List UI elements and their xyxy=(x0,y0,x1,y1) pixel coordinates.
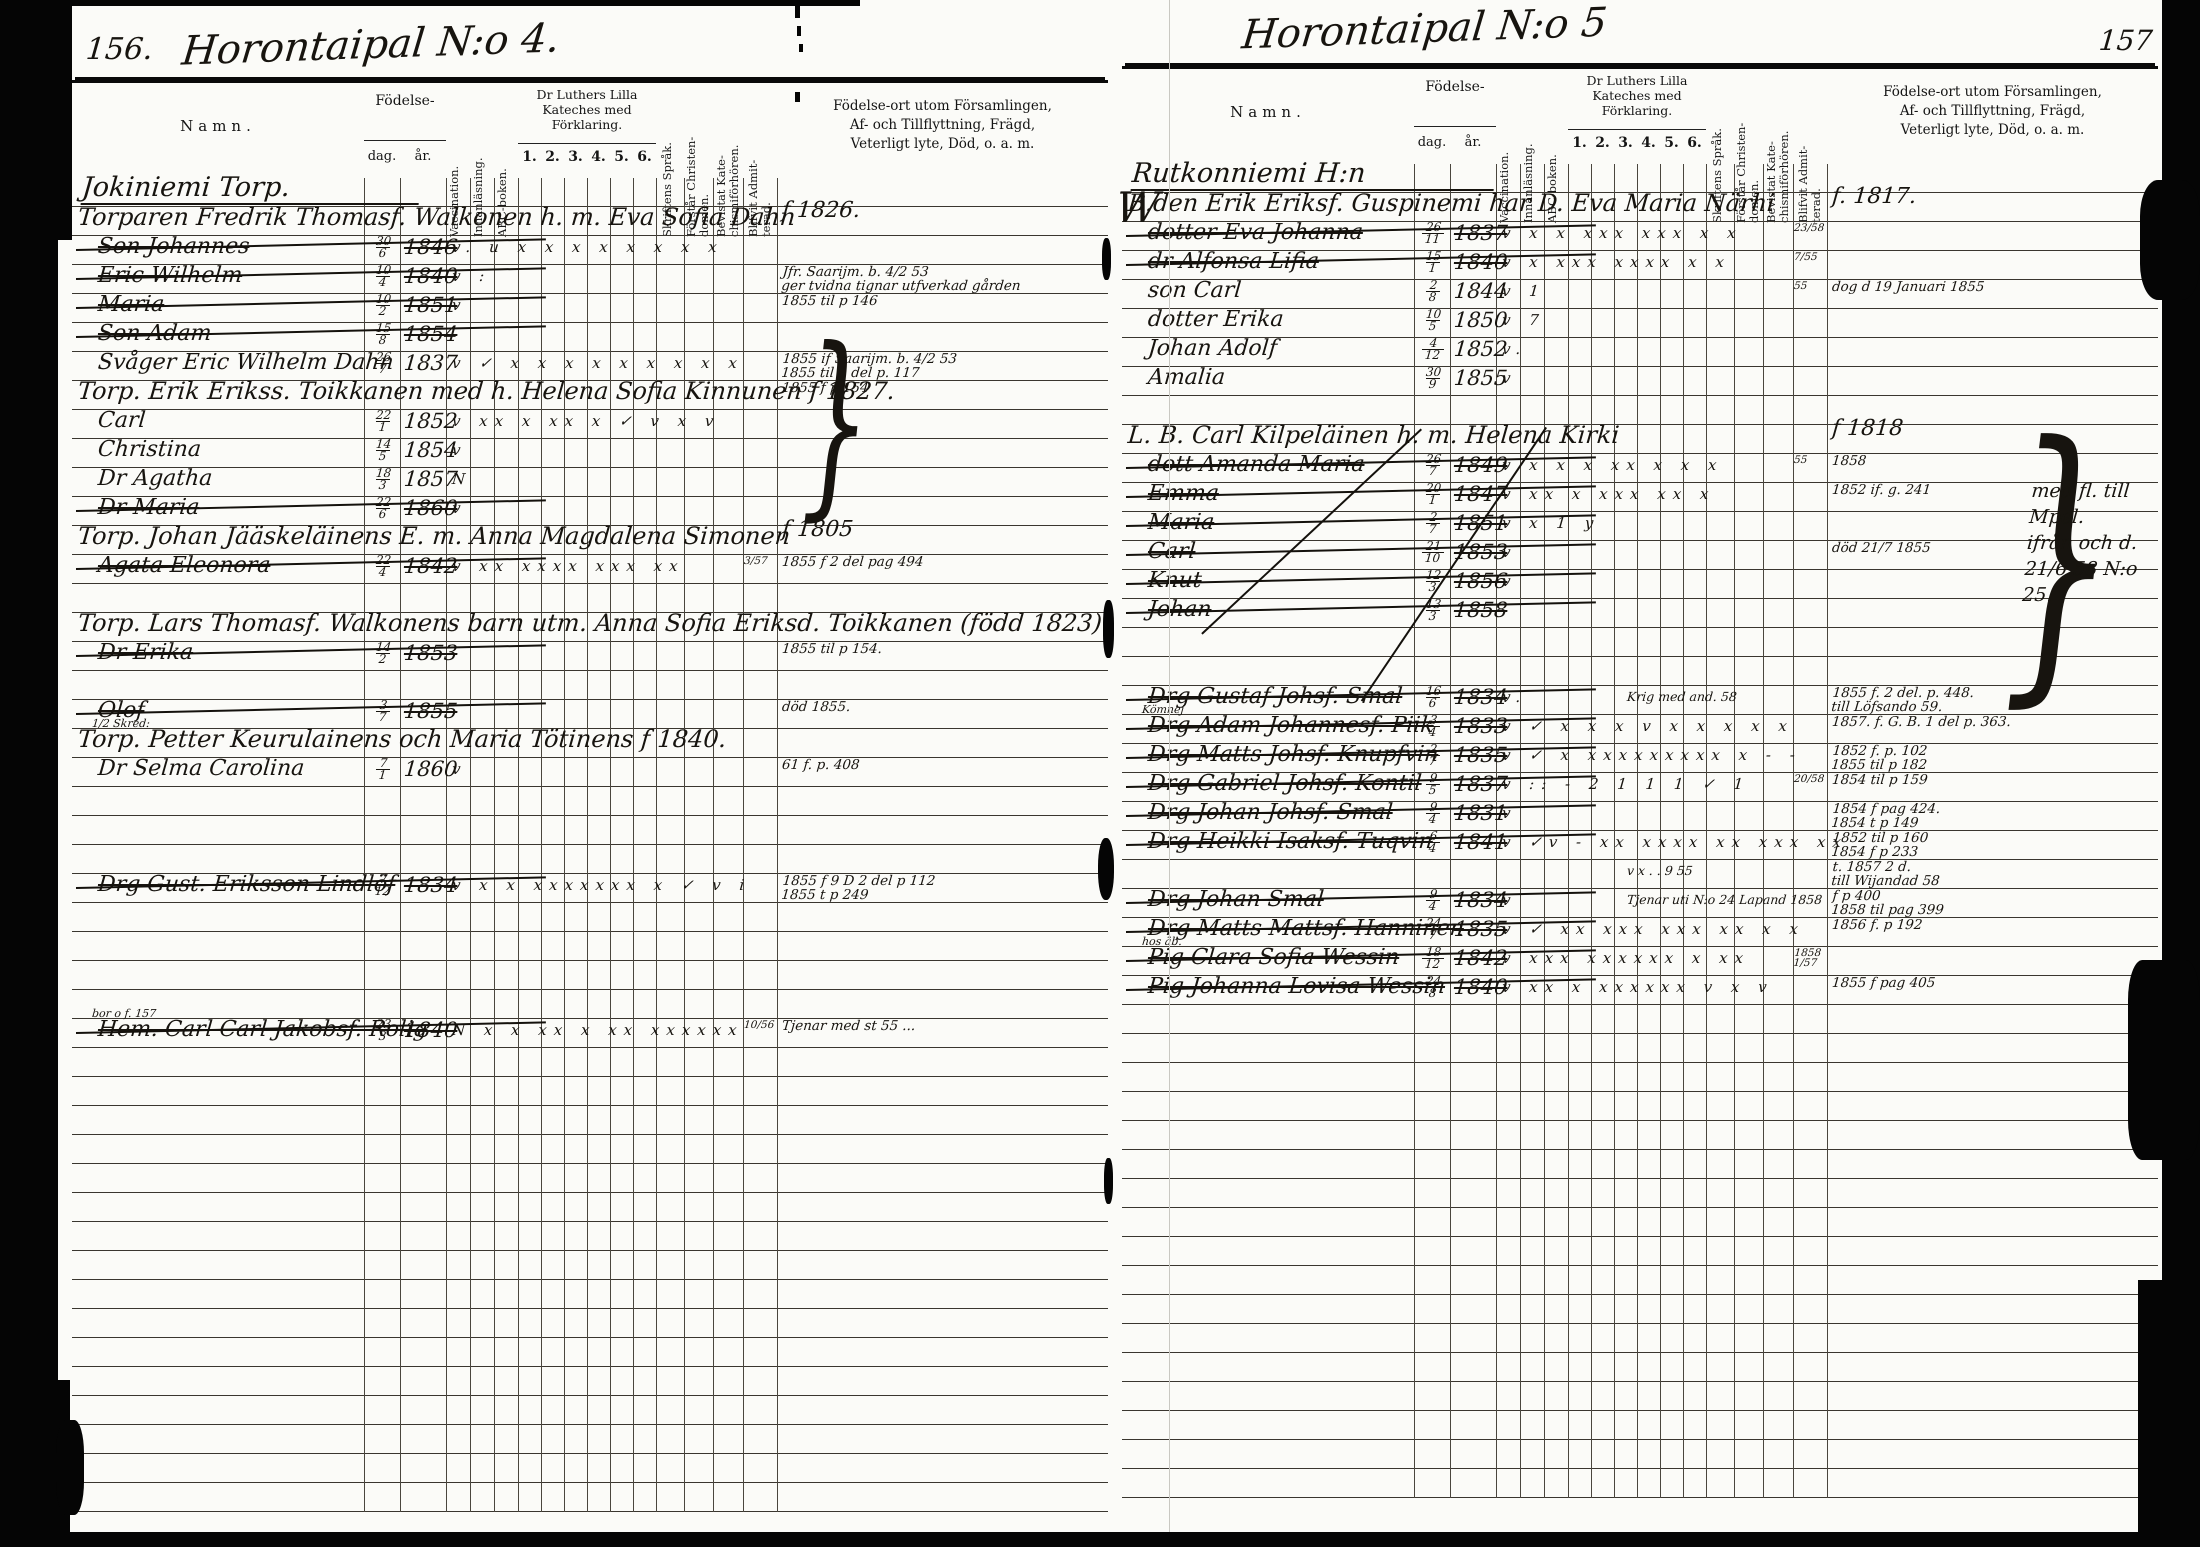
birth-year: 1842 xyxy=(1453,946,1509,970)
brace-mark: } xyxy=(801,306,871,539)
kateches-col-3: 3. xyxy=(1614,135,1637,151)
header-divider xyxy=(1568,129,1706,130)
birth-year: 1837 xyxy=(1453,221,1509,245)
birth-day: 27 xyxy=(1416,512,1450,535)
record-row xyxy=(1122,1005,2158,1034)
record-row: hos äb.Pig Clara Sofia Wessin18121842v x… xyxy=(1122,947,2158,976)
record-row xyxy=(72,961,1108,990)
record-row xyxy=(1122,1063,2158,1092)
birth-day: 105 xyxy=(1416,309,1450,332)
birth-day: 712 xyxy=(366,874,400,897)
birth-day: 71 xyxy=(366,758,400,781)
record-row: Dr Erika14218531855 til p 154. xyxy=(72,642,1108,671)
record-row xyxy=(72,1483,1108,1512)
birth-day: 151 xyxy=(1416,251,1450,274)
margin-note: f p 400 1858 til pag 399 xyxy=(1831,889,1946,917)
record-row xyxy=(72,1077,1108,1106)
admit-note: 7/55 xyxy=(1794,252,1818,262)
margin-note: 1855 f 2 del pag 494 xyxy=(781,555,924,569)
record-row xyxy=(72,1048,1108,1077)
record-row xyxy=(1122,1121,2158,1150)
page-title: Horontaipal N:o 5 xyxy=(1240,0,1610,58)
edge-vignette-right xyxy=(2140,180,2200,300)
birth-day: 201 xyxy=(1416,483,1450,506)
record-row xyxy=(72,990,1108,1019)
record-row xyxy=(72,816,1108,845)
progress-marks: v. xyxy=(1501,340,1528,358)
margin-note: 1852 if. g. 241 xyxy=(1831,483,1931,497)
row-name: Christina xyxy=(97,437,202,462)
record-row: v x . . 9 55t. 1857 2 d. till Wijandad 5… xyxy=(1122,860,2158,889)
edge-vignette-corner xyxy=(0,0,72,240)
row-name: Torp. Petter Keurulainens och Maria Töti… xyxy=(77,725,728,753)
birth-year: 1853 xyxy=(403,641,459,665)
birth-year: 1842 xyxy=(403,554,459,578)
right-page: Horontaipal N:o 5 157 Namn. Födelse- dag… xyxy=(1122,10,2158,1510)
margin-note: f. 1817. xyxy=(1831,190,1917,204)
brace-note: med fl. till Mpel. ifrån och d. 21/6 58 … xyxy=(2021,478,2163,608)
record-row: Drg Gabriel Johsf. Kontil951837v :: - 2 … xyxy=(1122,773,2158,802)
page-number: 156. xyxy=(84,32,154,67)
record-row: dotter Eva Johanna26111837v x x xxx xxx … xyxy=(1122,222,2158,251)
record-row xyxy=(72,932,1108,961)
birth-year: 1850 xyxy=(1453,308,1509,332)
admit-note: 1858 1/57 xyxy=(1793,948,1821,968)
gutter-smudge xyxy=(1103,600,1114,658)
binding-speck xyxy=(795,92,800,102)
record-row xyxy=(72,1222,1108,1251)
col-kateches-label: Dr Luthers Lilla Kateches med Förklaring… xyxy=(518,87,656,132)
birth-year: 1840 xyxy=(403,264,459,288)
kateches-col-1: 1. xyxy=(1568,135,1591,151)
gutter-smudge xyxy=(1104,1158,1113,1204)
birth-year: 1833 xyxy=(1453,714,1509,738)
record-row: dr Alfonsa Lifia1511840v x xxx xxxx x x7… xyxy=(1122,251,2158,280)
birth-day: 2110 xyxy=(1416,541,1450,564)
birth-day: 102 xyxy=(366,294,400,317)
row-name: Torp. Johan Jääskeläinens E. m. Anna Mag… xyxy=(77,522,792,550)
birth-year: 1860 xyxy=(403,496,459,520)
record-row xyxy=(72,903,1108,932)
row-name: Torparen Fredrik Thomasf. Walkonen h. m.… xyxy=(77,203,797,231)
record-row xyxy=(72,1425,1108,1454)
record-row xyxy=(72,1193,1108,1222)
record-row xyxy=(1122,1295,2158,1324)
admit-note: 55 xyxy=(1794,281,1808,291)
birth-year: 1860 xyxy=(403,757,459,781)
record-row: Carl2211852v xx x xx x ✓ v x v xyxy=(72,410,1108,439)
page-body: Jokiniemi Torp.Torparen Fredrik Thomasf.… xyxy=(72,178,1108,1512)
edge-vignette-top xyxy=(0,0,860,6)
header-divider xyxy=(1414,126,1496,127)
kateches-col-6: 6. xyxy=(1683,135,1706,151)
record-row xyxy=(1122,1353,2158,1382)
kateches-col-4: 4. xyxy=(587,149,610,165)
col-fodelse-label: Födelse- xyxy=(1414,79,1496,95)
record-row: bor o f. 157Hem. Carl Carl Jakobsf. Roli… xyxy=(72,1019,1108,1048)
record-row: Drg Johan Johsf. Smal941831v1854 f pag 4… xyxy=(1122,802,2158,831)
margin-note: 1852 f. p. 102 1855 til p 182 xyxy=(1831,744,1929,772)
birth-day: 94 xyxy=(1416,889,1450,912)
record-row: Torp. Erik Erikss. Toikkanen med h. Hele… xyxy=(72,381,1108,410)
col-ar-label: år. xyxy=(400,149,446,164)
record-row: Maria1021851v1855 til p 146 xyxy=(72,294,1108,323)
record-row: Son Johannes3061846v. u x x x x x x x x xyxy=(72,236,1108,265)
admit-note: 10/56 xyxy=(744,1020,775,1030)
birth-day: 37 xyxy=(366,700,400,723)
row-name: Carl xyxy=(97,408,147,433)
birth-year: 1849 xyxy=(1453,453,1509,477)
birth-day: 64 xyxy=(1416,831,1450,854)
birth-year: 1855 xyxy=(1453,366,1509,390)
birth-day: 233 xyxy=(366,1019,400,1042)
table-header: Namn. Födelse- dag. år. Vaccination. Inn… xyxy=(1122,66,2158,167)
row-name: Dr Selma Carolina xyxy=(97,756,306,781)
record-row: dotter Erika1051850v 7 xyxy=(1122,309,2158,338)
record-row: Torp. Lars Thomasf. Walkonens barn utm. … xyxy=(72,613,1108,642)
birth-year: 1852 xyxy=(403,409,459,433)
scan-root: 156. Horontaipal N:o 4. Namn. Födelse- d… xyxy=(0,0,2200,1547)
record-row xyxy=(72,671,1108,700)
progress-marks: v xyxy=(1501,369,1518,387)
record-row: Pig Johanna Lovisa Wessin2481840v xx x x… xyxy=(1122,976,2158,1005)
row-name: L. B. Carl Kilpeläinen h. m. Helena Kirk… xyxy=(1127,421,1621,449)
col-fodelse-label: Födelse- xyxy=(364,93,446,109)
right-title-row: Horontaipal N:o 5 157 xyxy=(1122,10,2158,66)
birth-year: 1851 xyxy=(403,293,459,317)
record-row: WB.den Erik Eriksf. Guspinemi har D. Eva… xyxy=(1122,193,2158,222)
kateches-col-5: 5. xyxy=(610,149,633,165)
birth-year: 1835 xyxy=(1453,917,1509,941)
kateches-col-4: 4. xyxy=(1637,135,1660,151)
birth-year: 1834 xyxy=(1453,685,1509,709)
record-row xyxy=(1122,1092,2158,1121)
birth-day: 95 xyxy=(1416,773,1450,796)
record-row xyxy=(1122,1034,2158,1063)
progress-marks: N xyxy=(451,470,473,488)
record-row: Drg Gust. Eriksson Lindlöf7121834v x x x… xyxy=(72,874,1108,903)
record-row: Son Adam1581854 xyxy=(72,323,1108,352)
record-row xyxy=(72,1164,1108,1193)
birth-year: 1857 xyxy=(403,467,459,491)
record-row xyxy=(1122,1208,2158,1237)
section-heading: Jokiniemi Torp. xyxy=(81,172,422,205)
birth-day: 412 xyxy=(1416,338,1450,361)
record-row xyxy=(1122,1324,2158,1353)
record-row xyxy=(72,1135,1108,1164)
birth-year: 1846 xyxy=(403,235,459,259)
birth-year: 1856 xyxy=(1453,569,1509,593)
record-row: Eric Wilhelm1041840v :Jfr. Saarijm. b. 4… xyxy=(72,265,1108,294)
col-dag-label: dag. xyxy=(1414,135,1450,150)
birth-year: 1840 xyxy=(403,1018,459,1042)
binding-speck xyxy=(799,44,803,52)
birth-day: 267 xyxy=(366,352,400,375)
birth-year: 1835 xyxy=(1453,743,1509,767)
record-row: Drg Heikki Isaksf. Tuqvin641841v ✓v - xx… xyxy=(1122,831,2158,860)
birth-day: 34 xyxy=(1416,715,1450,738)
record-row: Dr Agatha1831857N xyxy=(72,468,1108,497)
kateches-col-5: 5. xyxy=(1660,135,1683,151)
edge-vignette-bottom xyxy=(0,1532,2200,1547)
inline-note: Tjenar uti N:o 24 Lapand 1858 xyxy=(1626,892,1823,907)
margin-note: Jfr. Saarijm. b. 4/2 53 ger tvidna tigna… xyxy=(781,265,1023,293)
margin-note: 61 f. p. 408 xyxy=(781,758,860,772)
margin-note: f 1818 xyxy=(1831,422,1903,436)
col-namn-label: Namn. xyxy=(1122,103,1414,121)
record-row xyxy=(1122,1469,2158,1498)
record-row xyxy=(1122,1440,2158,1469)
margin-note: 1855 til p 154. xyxy=(781,642,882,656)
margin-note: f 1826. xyxy=(781,204,860,218)
birth-year: 1852 xyxy=(1453,337,1509,361)
birth-year: 1834 xyxy=(403,873,459,897)
admit-note: 20/58 xyxy=(1794,774,1825,784)
margin-note: t. 1857 2 d. till Wijandad 58 xyxy=(1831,860,1942,888)
row-name: son Carl xyxy=(1147,278,1242,303)
birth-day: 27 xyxy=(1416,744,1450,767)
record-row: Dr Selma Carolina711860v61 f. p. 408 xyxy=(72,758,1108,787)
birth-year: 1855 xyxy=(403,699,459,723)
birth-day: 306 xyxy=(366,236,400,259)
margin-note: 1854 til p 159 xyxy=(1831,773,1928,787)
left-page: 156. Horontaipal N:o 4. Namn. Födelse- d… xyxy=(72,24,1108,1524)
birth-day: 104 xyxy=(366,265,400,288)
birth-day: 247 xyxy=(1416,918,1450,941)
admit-note: 3/57 xyxy=(744,556,768,566)
row-name: Carl xyxy=(1147,539,1197,564)
birth-day: 145 xyxy=(366,439,400,462)
page-number: 157 xyxy=(2097,24,2153,57)
edge-vignette-right xyxy=(2128,960,2200,1160)
margin-note: 1852 til p 160 1854 f p 233 xyxy=(1831,831,1929,859)
birth-day: 183 xyxy=(366,468,400,491)
col-ar-label: år. xyxy=(1450,135,1496,150)
birth-year: 1837 xyxy=(1453,772,1509,796)
book-sheet: 156. Horontaipal N:o 4. Namn. Födelse- d… xyxy=(58,0,2162,1547)
record-row xyxy=(72,1309,1108,1338)
record-row: Drg Johan Smal941834vTjenar uti N:o 24 L… xyxy=(1122,889,2158,918)
birth-year: 1840 xyxy=(1453,975,1509,999)
record-row xyxy=(72,787,1108,816)
progress-marks: v xyxy=(451,441,468,459)
strike-line xyxy=(1126,543,1596,556)
birth-day: 158 xyxy=(366,323,400,346)
record-row: Torp. Johan Jääskeläinens E. m. Anna Mag… xyxy=(72,526,1108,555)
kateches-col-2: 2. xyxy=(1591,135,1614,151)
record-row xyxy=(72,1338,1108,1367)
record-row xyxy=(72,1251,1108,1280)
progress-marks: v 7 xyxy=(1501,311,1546,329)
binding-speck xyxy=(797,26,801,36)
margin-note: 1855 f 9 D 2 del p 112 1855 t p 249 xyxy=(781,874,936,902)
gutter-smudge xyxy=(1098,838,1114,900)
margin-note: 1855 f pag 405 xyxy=(1831,976,1936,990)
binding-speck xyxy=(795,4,800,18)
margin-note: död 21/7 1855 xyxy=(1831,541,1931,555)
section-heading: Rutkonniemi H:n xyxy=(1131,158,1497,191)
birth-year: 1854 xyxy=(403,438,459,462)
strike-line xyxy=(76,702,546,715)
left-title-row: 156. Horontaipal N:o 4. xyxy=(72,24,1108,80)
record-row xyxy=(72,1367,1108,1396)
col-namn-label: Namn. xyxy=(72,117,364,135)
record-row xyxy=(72,1106,1108,1135)
birth-day: 267 xyxy=(1416,454,1450,477)
record-row: son Carl281844v 155dog d 19 Januari 1855 xyxy=(1122,280,2158,309)
birth-year: 1831 xyxy=(1453,801,1509,825)
row-name: Dr Agatha xyxy=(97,466,214,491)
margin-note: 1854 f pag 424. 1854 t p 149 xyxy=(1831,802,1941,830)
margin-note: död 1855. xyxy=(781,700,851,714)
row-name: Torp. Erik Erikss. Toikkanen med h. Hele… xyxy=(77,377,896,405)
header-divider xyxy=(518,143,656,144)
row-name: Torp. Lars Thomasf. Walkonens barn utm. … xyxy=(77,609,1103,637)
edge-vignette-corner xyxy=(56,1420,84,1515)
row-name: Amalia xyxy=(1147,365,1226,390)
margin-note: 1857. f. G. B. 1 del p. 363. xyxy=(1831,715,2011,729)
record-row: Agata Eleonora2241842v xx xxxx xxx xx3/5… xyxy=(72,555,1108,584)
birth-year: 1841 xyxy=(1453,830,1509,854)
row-name: dotter Erika xyxy=(1147,307,1285,332)
record-row xyxy=(1122,1179,2158,1208)
kateches-col-6: 6. xyxy=(633,149,656,165)
record-row xyxy=(1122,1382,2158,1411)
birth-day: 309 xyxy=(1416,367,1450,390)
row-name: B.den Erik Eriksf. Guspinemi har D. Eva … xyxy=(1127,189,1776,217)
progress-marks: v 1 xyxy=(1501,282,1546,300)
progress-marks: v ✓ x x x x x x x x x xyxy=(451,354,744,372)
record-row xyxy=(72,845,1108,874)
row-name: Johan Adolf xyxy=(1147,336,1278,361)
header-divider xyxy=(364,140,446,141)
inline-note: Krig med and. 58 xyxy=(1626,689,1737,704)
kateches-col-2: 2. xyxy=(541,149,564,165)
edge-vignette-right xyxy=(2138,1280,2200,1547)
col-kateches-label: Dr Luthers Lilla Kateches med Förklaring… xyxy=(1568,73,1706,118)
page-title: Horontaipal N:o 4. xyxy=(180,15,562,74)
col-notes-label: Födelse-ort utom Församlingen, Af- och T… xyxy=(1827,83,2158,140)
record-row: Drg Matts Mattsf. Hanninen2471835v ✓ xx … xyxy=(1122,918,2158,947)
record-row xyxy=(1122,1150,2158,1179)
record-row xyxy=(72,1396,1108,1425)
birth-day: 2611 xyxy=(1416,222,1450,245)
record-row xyxy=(1122,1266,2158,1295)
margin-note: dog d 19 Januari 1855 xyxy=(1831,280,1985,294)
record-row xyxy=(72,1280,1108,1309)
birth-day: 142 xyxy=(366,642,400,665)
margin-note: 1855 f. 2 del. p. 448. till Löfsando 59. xyxy=(1831,686,1975,714)
record-row: Torparen Fredrik Thomasf. Walkonen h. m.… xyxy=(72,207,1108,236)
birth-day: 226 xyxy=(366,497,400,520)
gutter-crease xyxy=(1169,0,1170,1547)
birth-day: 28 xyxy=(1416,280,1450,303)
birth-year: 1837 xyxy=(403,351,459,375)
birth-day: 224 xyxy=(366,555,400,578)
record-row: Johan Adolf4121852v. xyxy=(1122,338,2158,367)
birth-day: 94 xyxy=(1416,802,1450,825)
margin-note: Tjenar med st 55 ... xyxy=(781,1019,916,1033)
record-row xyxy=(1122,1237,2158,1266)
birth-year: 1834 xyxy=(1453,888,1509,912)
progress-marks: v xx x xx x ✓ v x v xyxy=(451,412,721,430)
gutter-smudge xyxy=(1102,238,1111,280)
record-row xyxy=(1122,1411,2158,1440)
birth-day: 248 xyxy=(1416,976,1450,999)
margin-note: 1856 f. p 192 xyxy=(1831,918,1923,932)
row-name: Svåger Eric Wilhelm Dahn xyxy=(97,350,395,375)
record-row: Christina1451854v xyxy=(72,439,1108,468)
col-notes-label: Födelse-ort utom Församlingen, Af- och T… xyxy=(777,97,1108,154)
birth-year: 1854 xyxy=(403,322,459,346)
inline-note: v x . . 9 55 xyxy=(1626,863,1693,878)
kateches-col-3: 3. xyxy=(564,149,587,165)
col-dag-label: dag. xyxy=(364,149,400,164)
kateches-col-1: 1. xyxy=(518,149,541,165)
page-body: Rutkonniemi H:nWB.den Erik Eriksf. Guspi… xyxy=(1122,164,2158,1498)
birth-year: 1858 xyxy=(1453,598,1509,622)
record-row xyxy=(72,1454,1108,1483)
record-row: Drg Matts Johsf. Knupfvin271835v ✓ x xxx… xyxy=(1122,744,2158,773)
margin-note: 1858 xyxy=(1831,454,1867,468)
birth-day: 166 xyxy=(1416,686,1450,709)
record-row: 1/2 Skred:Torp. Petter Keurulainens och … xyxy=(72,729,1108,758)
admit-note: 55 xyxy=(1794,455,1808,465)
birth-day: 221 xyxy=(366,410,400,433)
table-header: Namn. Födelse- dag. år. Vaccination. Inn… xyxy=(72,80,1108,181)
admit-note: 23/58 xyxy=(1794,223,1825,233)
birth-year: 1844 xyxy=(1453,279,1509,303)
birth-day: 1812 xyxy=(1416,947,1450,970)
birth-year: 1840 xyxy=(1453,250,1509,274)
progress-marks: v xyxy=(451,760,468,778)
